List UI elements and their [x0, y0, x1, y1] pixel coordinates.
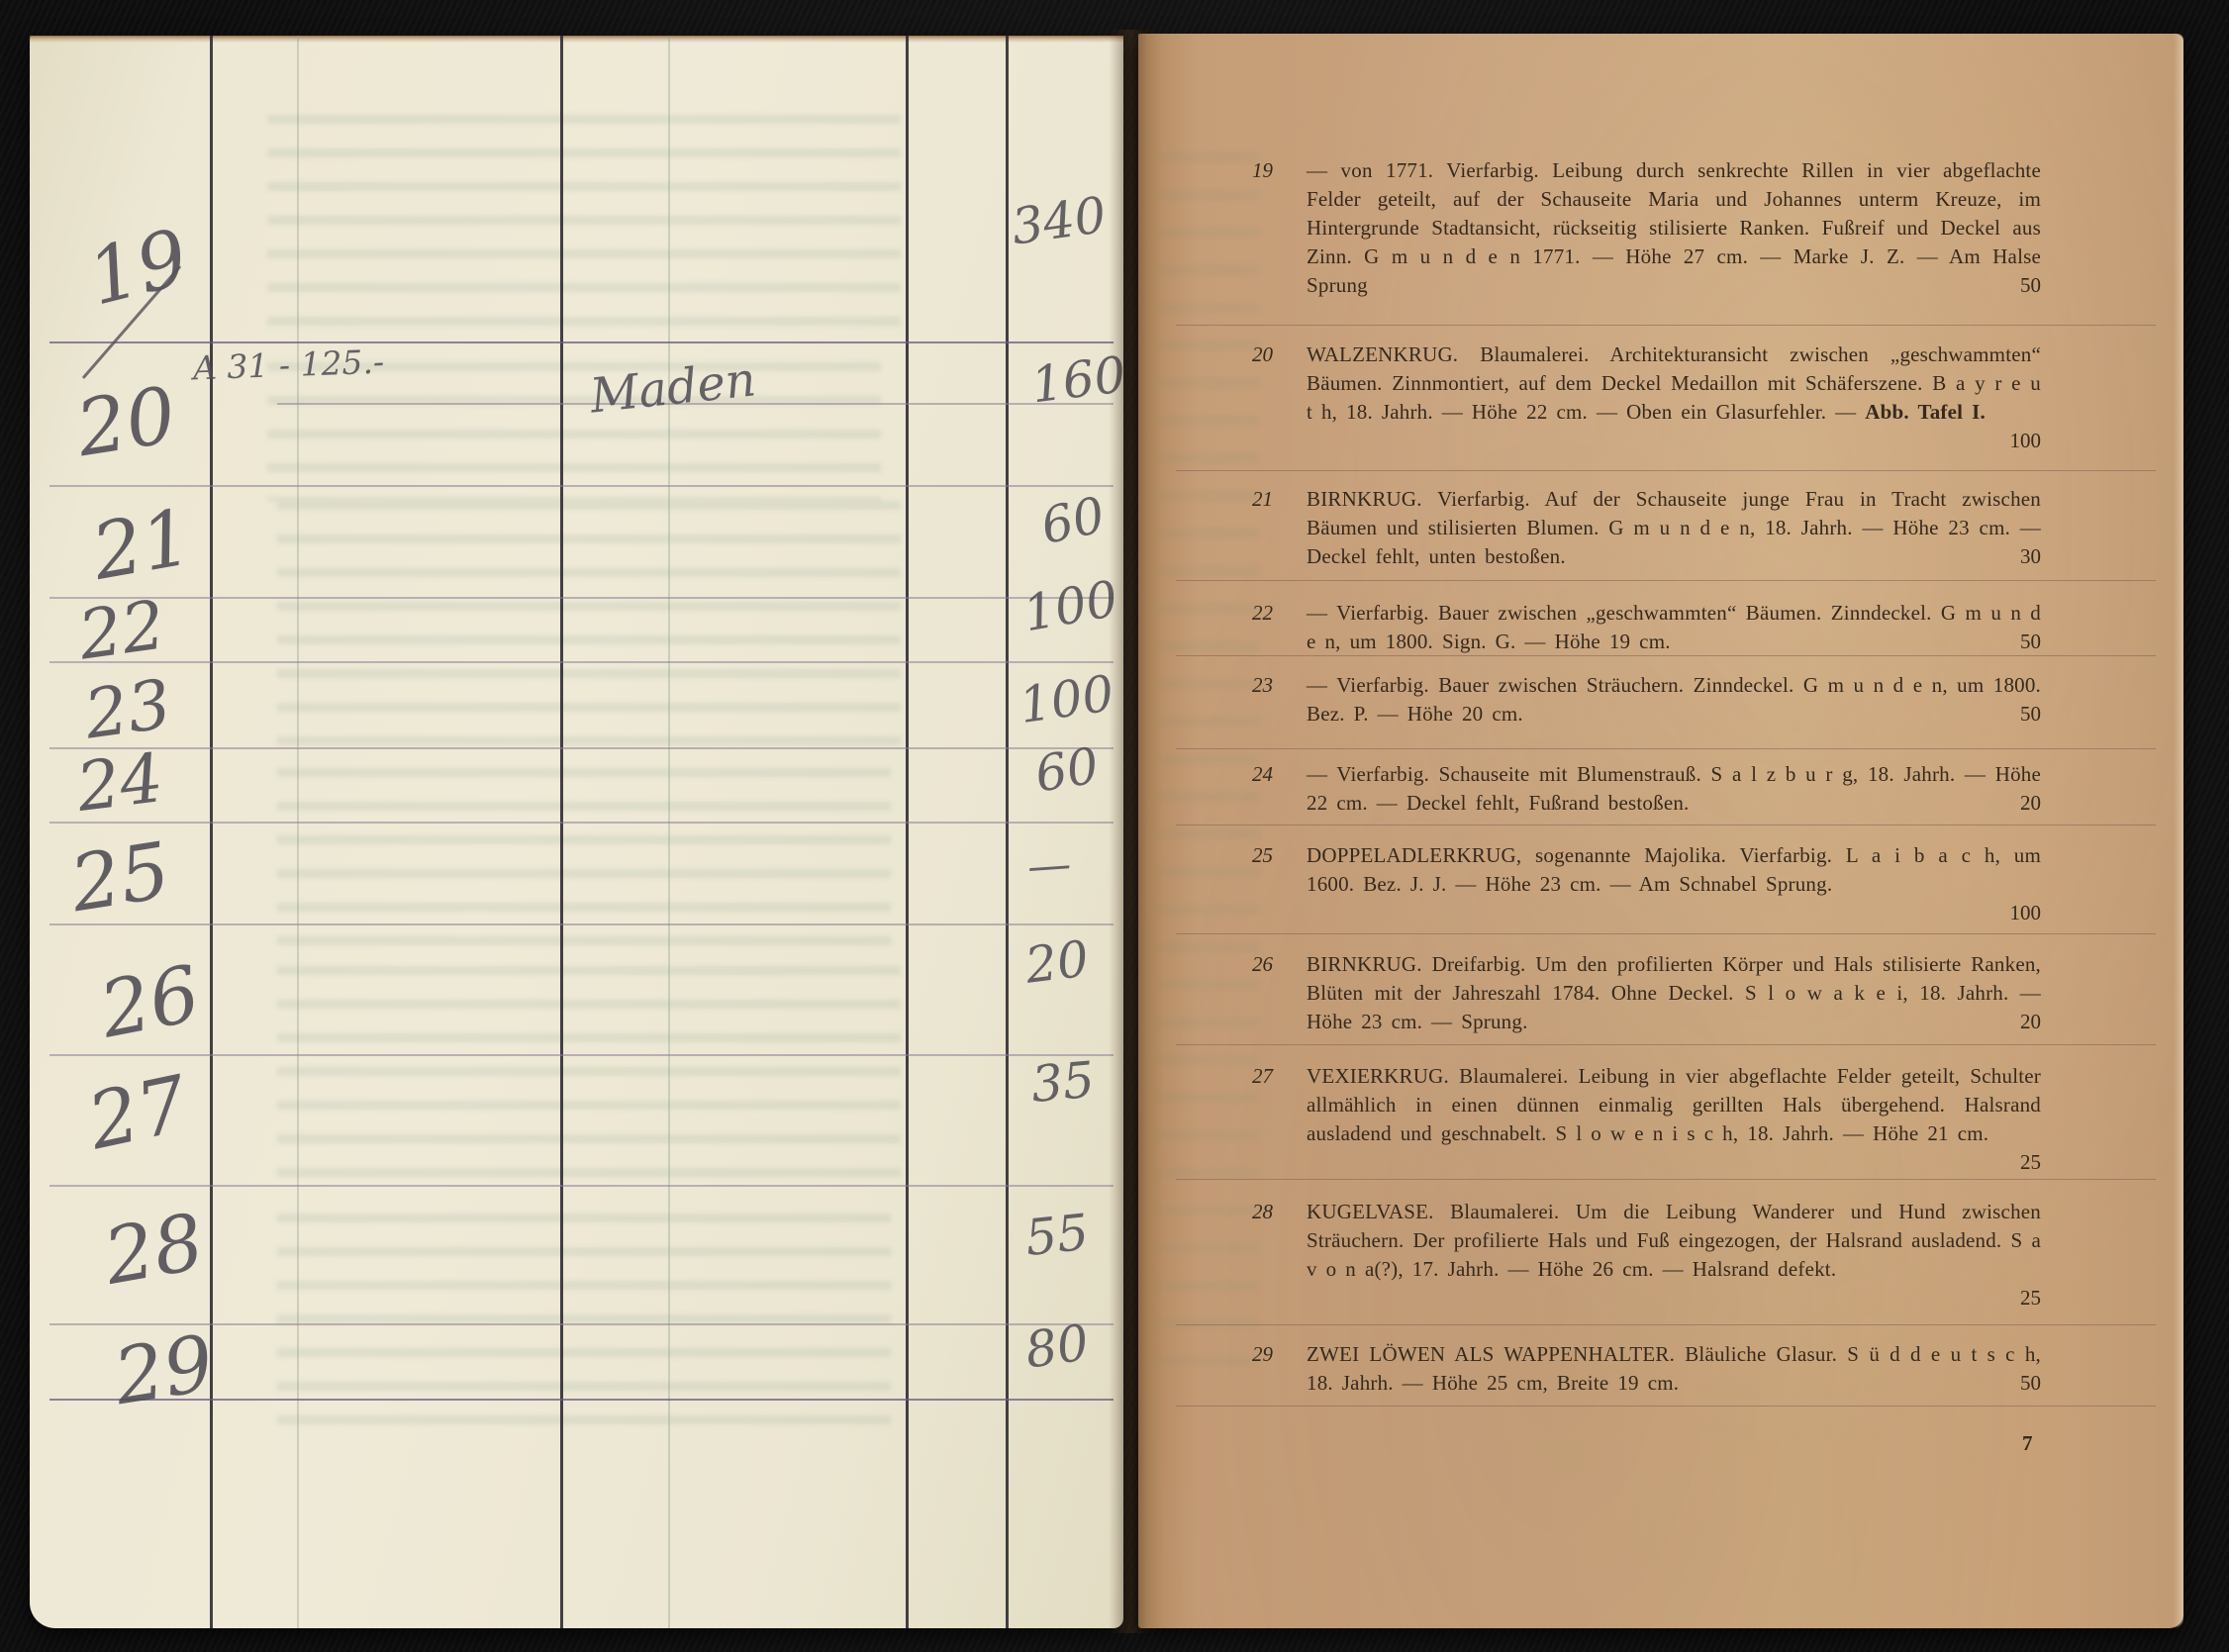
handwritten-lot-number: 25: [66, 832, 175, 924]
bold-reference: Abb. Tafel I.: [1865, 400, 1986, 424]
row-rule: [49, 597, 1114, 599]
bleed-through-text: [277, 768, 891, 946]
catalog-entry: 22 — Vierfarbig. Bauer zwischen „geschwa…: [1252, 599, 2041, 656]
handwritten-lot-number: 20: [72, 377, 181, 469]
lot-number: 24: [1252, 760, 1294, 789]
lot-number: 25: [1252, 841, 1294, 870]
entry-text: DOPPELADLERKRUG, sogenannte Majolika. Vi…: [1307, 841, 2041, 899]
bleed-through-text: [267, 362, 881, 501]
catalog-entry: 25 DOPPELADLERKRUG, sogenannte Majolika.…: [1252, 841, 2041, 927]
entry-text: — Vierfarbig. Schauseite mit Blumenstrau…: [1307, 760, 2041, 818]
entry-separator: [1176, 470, 2156, 471]
handwritten-lot-number: 21: [87, 499, 197, 592]
entry-price: 20: [2020, 1008, 2041, 1036]
entry-price: 25: [2020, 1148, 2041, 1177]
column-rule-bold: [1006, 36, 1009, 1628]
page-stack-edge: [30, 36, 93, 1628]
lot-number: 29: [1252, 1340, 1294, 1369]
entry-text: — Vierfarbig. Bauer zwischen „geschwammt…: [1307, 599, 2041, 656]
row-rule: [49, 341, 1114, 343]
lot-number: 28: [1252, 1198, 1294, 1226]
bleed-through-text: [277, 966, 901, 1194]
entry-separator: [1176, 748, 2156, 749]
entry-price: 50: [2020, 1369, 2041, 1398]
entry-price: 30: [2020, 542, 2041, 571]
catalog-entry: 29 ZWEI LÖWEN ALS WAPPENHALTER. Bläulich…: [1252, 1340, 2041, 1398]
page-number: 7: [2022, 1431, 2033, 1456]
row-rule: [49, 661, 1114, 663]
lot-number: 22: [1252, 599, 1294, 628]
handwritten-lot-number: 24: [73, 745, 166, 823]
catalog-entry: 20 WALZENKRUG. Blaumalerei. Architektura…: [1252, 340, 2041, 455]
entry-separator: [1176, 1324, 2156, 1325]
catalog-entry: 28 KUGELVASE. Blaumalerei. Um die Leibun…: [1252, 1198, 2041, 1312]
entry-text: WALZENKRUG. Blaumalerei. Architekturansi…: [1307, 340, 2041, 427]
column-rule-thin: [668, 36, 670, 1628]
column-rule-bold: [560, 36, 563, 1628]
handwritten-lot-number: 28: [99, 1204, 209, 1297]
entry-separator: [1176, 933, 2156, 934]
lot-number: 26: [1252, 950, 1294, 979]
lot-number: 27: [1252, 1062, 1294, 1091]
row-rule: [49, 822, 1114, 824]
handwritten-lot-number: 23: [81, 671, 175, 749]
entry-price: 50: [2020, 628, 2041, 656]
entry-text: VEXIERKRUG. Blaumalerei. Leibung in vier…: [1307, 1062, 2041, 1148]
page-right-edge: [2174, 34, 2183, 1628]
entry-price: 50: [2020, 271, 2041, 300]
row-rule: [49, 1185, 1114, 1187]
ledger-page: 19 20 21 22 23 24 25 26 27 28 29 A 31 - …: [30, 36, 1123, 1628]
entry-separator: [1176, 325, 2156, 326]
entry-price: 20: [2020, 789, 2041, 818]
entry-separator: [1176, 1044, 2156, 1045]
lot-number: 20: [1252, 340, 1294, 369]
catalog-entry: 19 — von 1771. Vierfarbig. Leibung durch…: [1252, 156, 2041, 300]
catalog-entry: 23 — Vierfarbig. Bauer zwischen Sträuche…: [1252, 671, 2041, 729]
entry-text: — Vierfarbig. Bauer zwischen Sträuchern.…: [1307, 671, 2041, 729]
entry-text: BIRNKRUG. Vierfarbig. Auf der Schauseite…: [1307, 485, 2041, 571]
row-rule: [49, 1323, 1114, 1325]
row-rule: [49, 923, 1114, 925]
bleed-through-text: [267, 115, 901, 333]
bleed-through-text: [277, 501, 901, 748]
catalog-entry: 27 VEXIERKRUG. Blaumalerei. Leibung in v…: [1252, 1062, 2041, 1177]
row-rule: [49, 747, 1114, 749]
handwritten-lot-number: 22: [75, 592, 169, 670]
entry-price: 100: [2010, 427, 2042, 455]
column-rule-thin: [297, 36, 299, 1628]
entry-text: ZWEI LÖWEN ALS WAPPENHALTER. Bläuliche G…: [1307, 1340, 2041, 1398]
open-book-scan: 19 20 21 22 23 24 25 26 27 28 29 A 31 - …: [0, 0, 2229, 1652]
column-rule-bold: [906, 36, 909, 1628]
handwritten-lot-number: 29: [110, 1325, 219, 1417]
entry-separator: [1176, 1406, 2156, 1407]
entry-price: 25: [2020, 1284, 2041, 1312]
lot-number: 23: [1252, 671, 1294, 700]
lot-range-annotation: A 31 - 125.-: [192, 345, 384, 385]
entry-price: 50: [2020, 700, 2041, 729]
catalog-page: 19 — von 1771. Vierfarbig. Leibung durch…: [1138, 34, 2183, 1628]
handwritten-lot-number: 27: [82, 1066, 194, 1162]
catalog-entry: 24 — Vierfarbig. Schauseite mit Blumenst…: [1252, 760, 2041, 818]
entry-separator: [1176, 825, 2156, 826]
lot-number: 21: [1252, 485, 1294, 514]
lot-number: 19: [1252, 156, 1294, 185]
entry-separator: [1176, 1179, 2156, 1180]
entry-text: — von 1771. Vierfarbig. Leibung durch se…: [1307, 156, 2041, 300]
handwritten-lot-number: 26: [94, 955, 205, 1050]
catalog-entry: 26 BIRNKRUG. Dreifarbig. Um den profilie…: [1252, 950, 2041, 1036]
page-top-edge: [30, 36, 1123, 43]
entry-separator: [1176, 580, 2156, 581]
bleed-through-text: [1160, 152, 1259, 1380]
entry-text: BIRNKRUG. Dreifarbig. Um den profilierte…: [1307, 950, 2041, 1036]
catalog-entry: 21 BIRNKRUG. Vierfarbig. Auf der Schause…: [1252, 485, 2041, 571]
row-rule: [49, 1054, 1114, 1056]
row-rule: [49, 485, 1114, 487]
entry-price: 100: [2010, 899, 2042, 927]
entry-text: KUGELVASE. Blaumalerei. Um die Leibung W…: [1307, 1198, 2041, 1284]
bleed-through-text: [277, 1214, 891, 1441]
